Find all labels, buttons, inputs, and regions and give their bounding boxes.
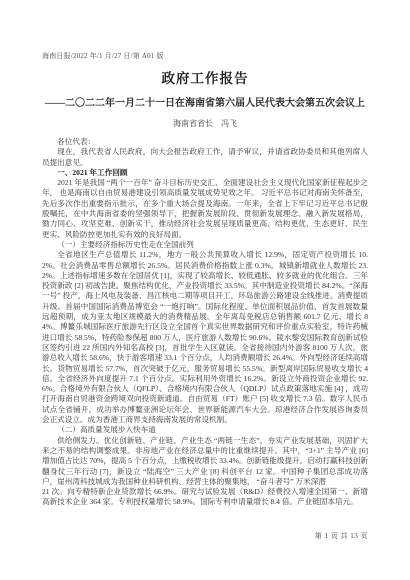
- byline: 海南省省长 冯飞: [42, 119, 368, 129]
- paragraph: 供给侧发力。优化创新链、产业链、产业生态 “两链一生态”，夯实产业发展基础，巩固…: [42, 436, 368, 487]
- document-subtitle: ——二〇二二年一月二十一日在海南省第六届人民代表大会第五次会议上: [42, 98, 368, 110]
- newspaper-document-page: 海南日报/2022 年/1 月/27 日/第 A01 版 政府工作报告 ——二〇…: [0, 0, 410, 580]
- subsection-heading: （二）高质量发展步入快车道: [42, 425, 368, 435]
- paragraph: 2021 年是我国 “两个一百年” 奋斗目标历史交汇、全面建设社会主义现代化国家…: [42, 178, 368, 240]
- document-body: 各位代表：现在，我代表省人民政府，向大会报告政府工作，请予审议，并请省政协委员和…: [42, 137, 368, 508]
- section-heading: 一、2021 年工作回顾: [42, 168, 368, 178]
- paragraph: 21 次。向专精特新企业贷款增长 66.9%。研究与试验发展（R&D）经费投入增…: [42, 487, 368, 508]
- paragraph: 各位代表：: [42, 137, 368, 147]
- page-number-footer: 第 1 页 共 13 页: [315, 531, 368, 541]
- document-title: 政府工作报告: [42, 71, 368, 86]
- paragraph: 全省地区生产总值增长 11.2%，地方一般公共预算收入增长 12.9%，固定资产…: [42, 250, 368, 425]
- subsection-heading: （一）主要经济指标历史性走在全国前列: [42, 240, 368, 250]
- newspaper-meta-line: 海南日报/2022 年/1 月/27 日/第 A01 版: [42, 52, 368, 60]
- paragraph: 现在，我代表省人民政府，向大会报告政府工作，请予审议，并请省政协委员和其他列席人…: [42, 147, 368, 168]
